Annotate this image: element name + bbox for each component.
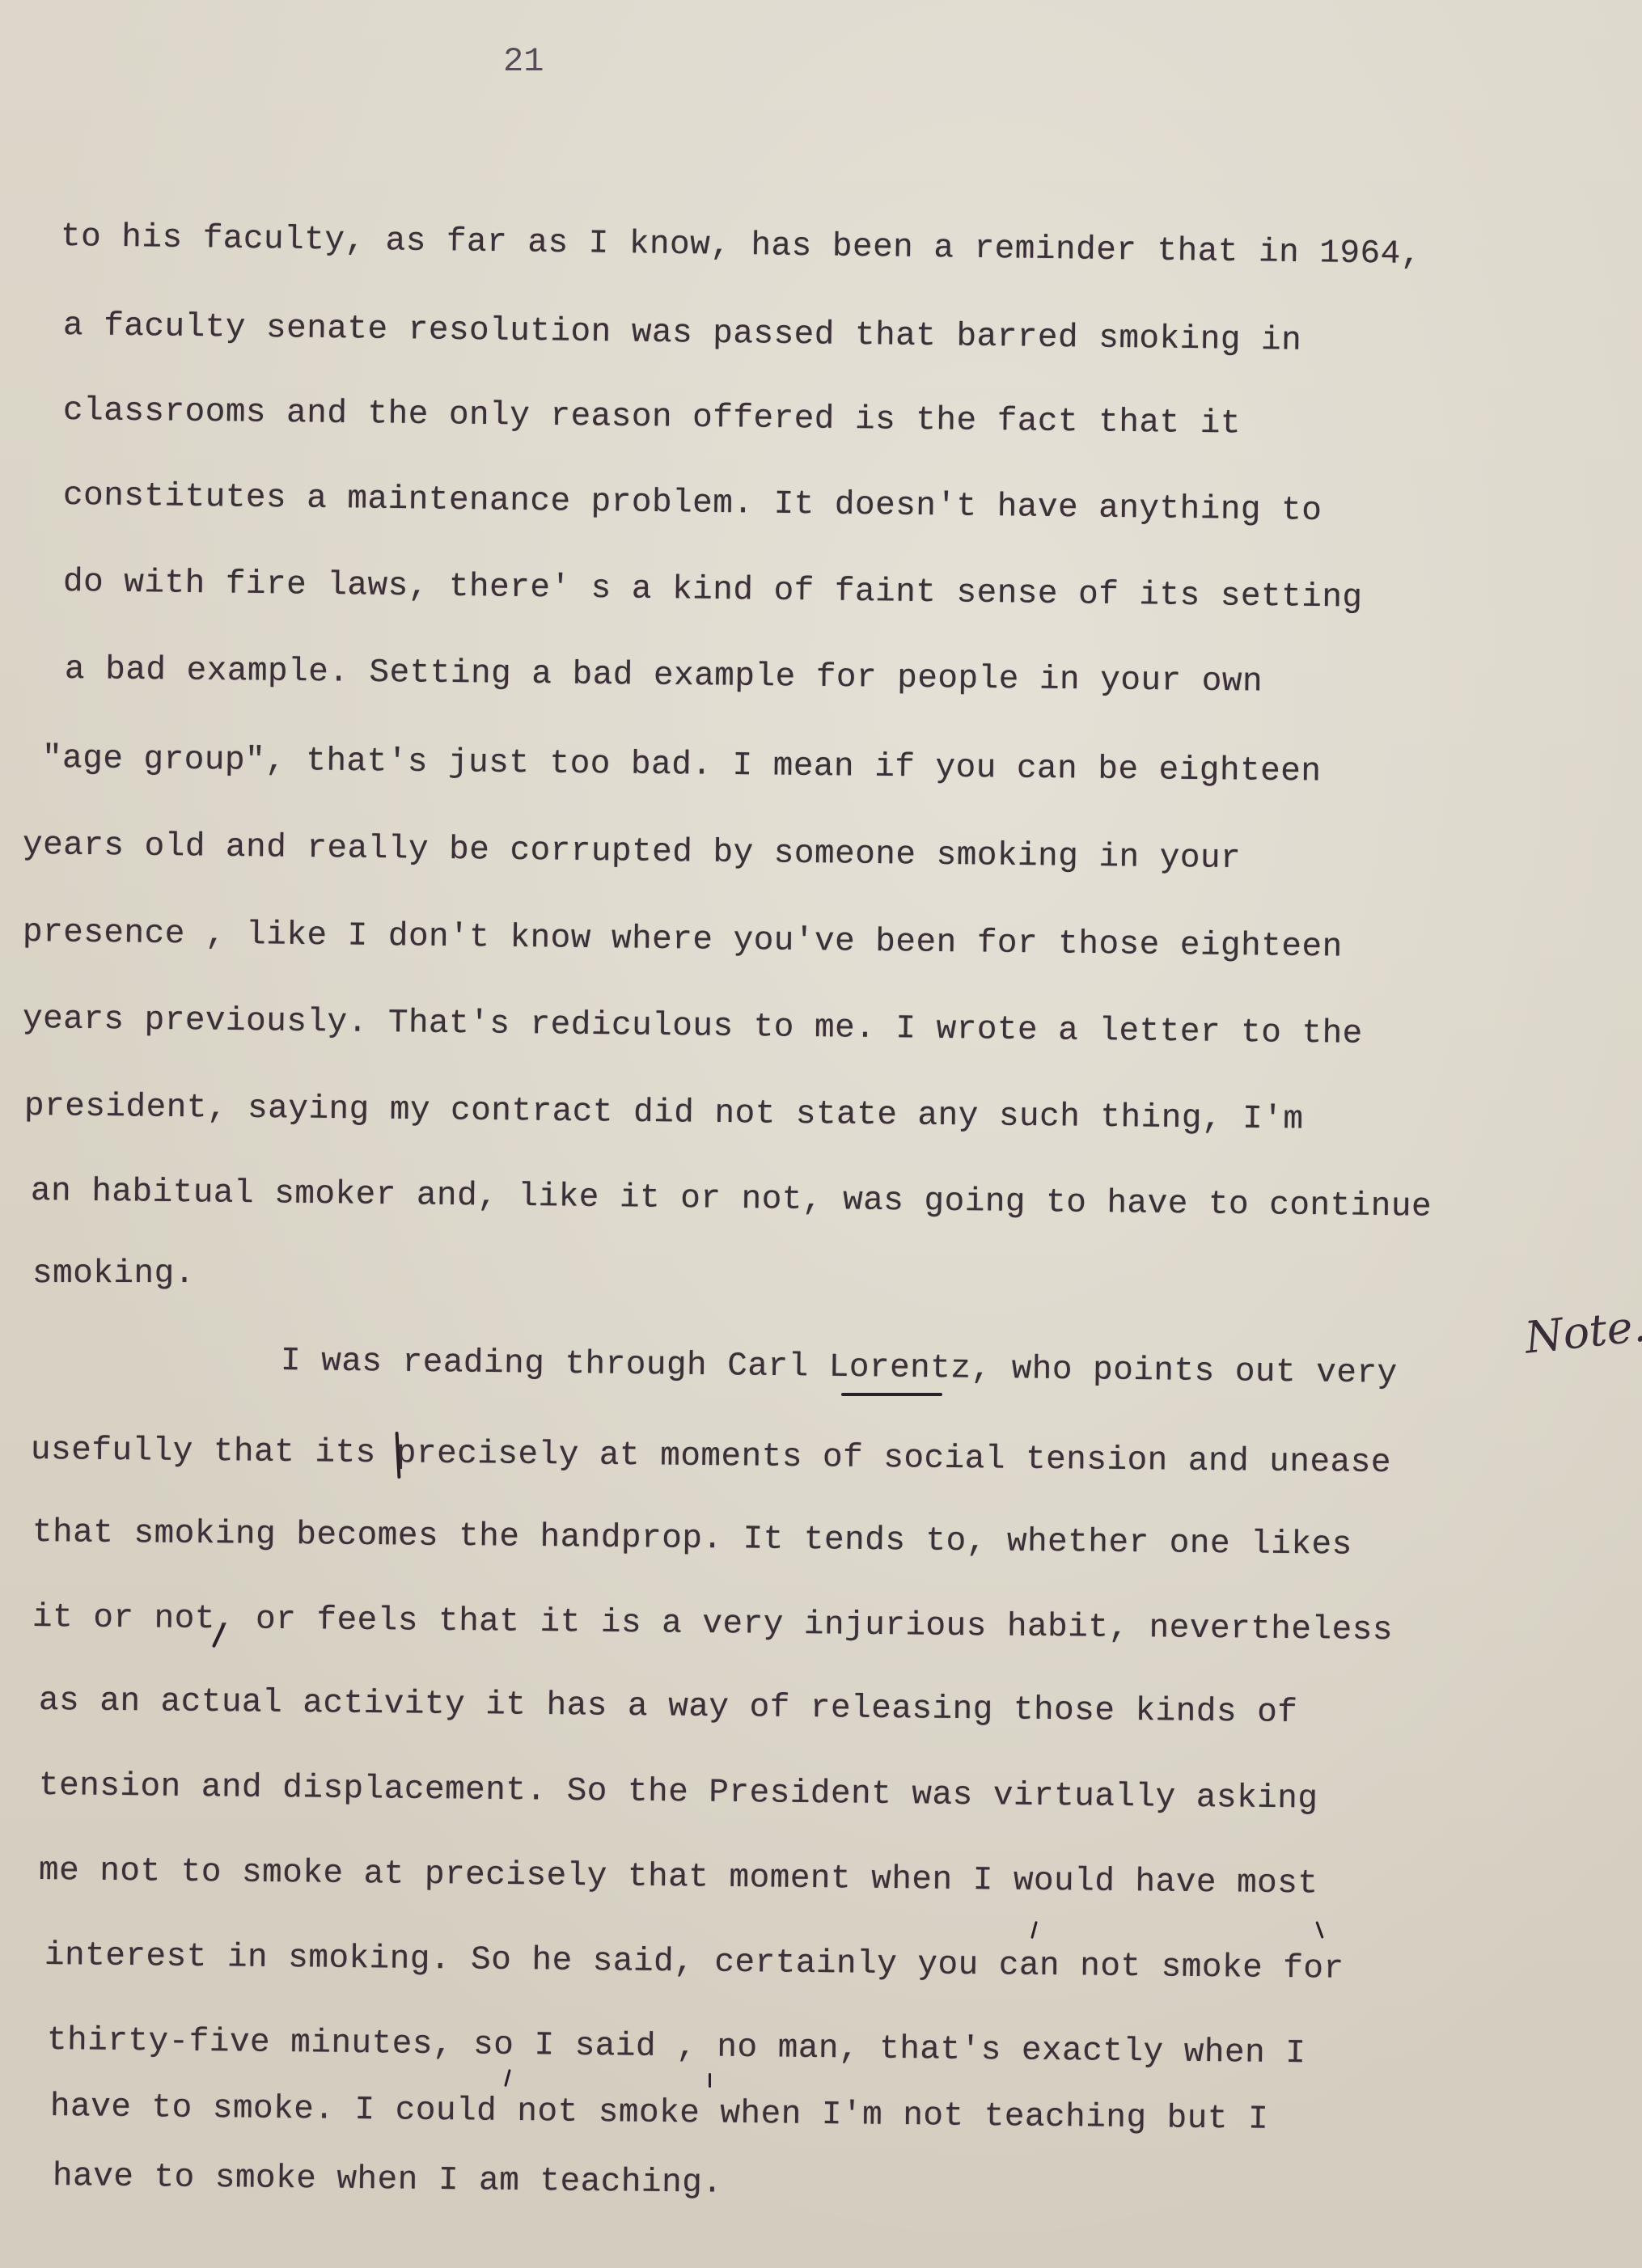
handwritten-underline [841, 1393, 942, 1396]
text-line: smoking. [32, 1255, 195, 1293]
handwritten-apostrophe-mark [504, 2069, 511, 2087]
text-line: a faculty senate resolution was passed t… [63, 307, 1302, 360]
text-line: an habitual smoker and, like it or not, … [31, 1173, 1433, 1226]
text-line: "age group", that's just too bad. I mean… [42, 740, 1322, 791]
page-number: 21 [503, 42, 544, 81]
text-line: president, saying my contract did not st… [24, 1088, 1304, 1139]
text-line: interest in smoking. So he said, certain… [44, 1937, 1344, 1988]
handwritten-mark [709, 2073, 711, 2088]
text-line: have to smoke. I could not smoke when I'… [50, 2088, 1269, 2139]
text-line: a bad example. Setting a bad example for… [65, 651, 1263, 701]
text-line: have to smoke when I am teaching. [53, 2158, 723, 2202]
document-page: 21 to his faculty, as far as I know, has… [0, 0, 1642, 2268]
text-line: tension and displacement. So the Preside… [39, 1767, 1318, 1818]
handwritten-apostrophe-mark [1030, 1921, 1038, 1939]
text-line: thirty-five minutes, so I said , no man,… [47, 2022, 1306, 2072]
text-line: classrooms and the only reason offered i… [63, 392, 1241, 443]
text-line: constitutes a maintenance problem. It do… [63, 477, 1322, 530]
text-line: usefully that its precisely at moments o… [31, 1432, 1391, 1482]
text-line: that smoking becomes the handprop. It te… [32, 1514, 1352, 1564]
text-line: years old and really be corrupted by som… [23, 827, 1242, 878]
handwritten-margin-note: Note. [1522, 1300, 1642, 1363]
text-line: do with fire laws, there' s a kind of fa… [63, 564, 1363, 617]
text-line: to his faculty, as far as I know, has be… [61, 218, 1421, 273]
text-line: presence , like I don't know where you'v… [23, 914, 1343, 967]
text-line: it or not, or feels that it is a very in… [32, 1599, 1393, 1649]
text-line: I was reading through Carl Lorentz, who … [281, 1343, 1398, 1393]
handwritten-mark [1315, 1921, 1323, 1939]
text-line: me not to smoke at precisely that moment… [39, 1852, 1318, 1903]
text-line: as an actual activity it has a way of re… [39, 1682, 1298, 1732]
text-line: years previously. That's rediculous to m… [23, 1001, 1363, 1053]
